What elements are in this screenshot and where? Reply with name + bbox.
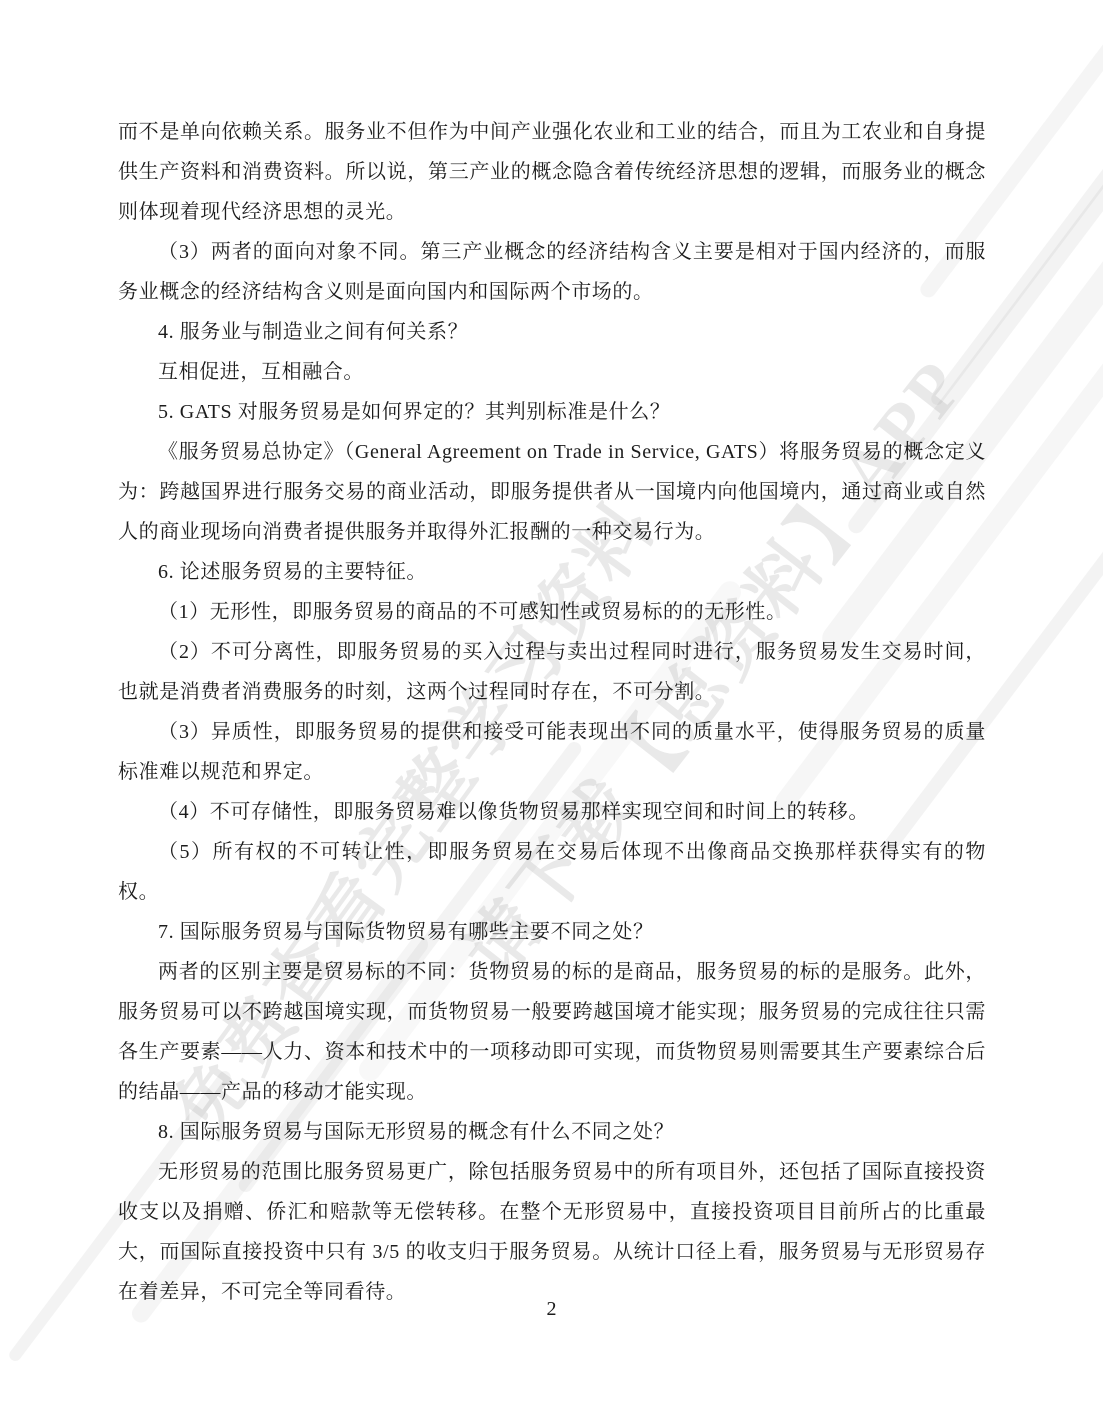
page-number: 2 (0, 1298, 1103, 1321)
paragraph-continued: 而不是单向依赖关系。服务业不但作为中间产业强化农业和工业的结合，而且为工农业和自… (118, 112, 986, 232)
paragraph-point3: （3）两者的面向对象不同。第三产业概念的经济结构含义主要是相对于国内经济的，而服… (118, 232, 986, 312)
answer-6-item2: （2）不可分离性，即服务贸易的买入过程与卖出过程同时进行，服务贸易发生交易时间，… (118, 632, 986, 712)
answer-8: 无形贸易的范围比服务贸易更广，除包括服务贸易中的所有项目外，还包括了国际直接投资… (118, 1152, 986, 1312)
question-6: 6. 论述服务贸易的主要特征。 (118, 552, 986, 592)
answer-4: 互相促进，互相融合。 (118, 352, 986, 392)
question-4: 4. 服务业与制造业之间有何关系？ (118, 312, 986, 352)
question-8: 8. 国际服务贸易与国际无形贸易的概念有什么不同之处？ (118, 1112, 986, 1152)
answer-6-item4: （4）不可存储性，即服务贸易难以像货物贸易那样实现空间和时间上的转移。 (118, 792, 986, 832)
answer-6-item5: （5）所有权的不可转让性，即服务贸易在交易后体现不出像商品交换那样获得实有的物权… (118, 832, 986, 912)
document-body: 而不是单向依赖关系。服务业不但作为中间产业强化农业和工业的结合，而且为工农业和自… (118, 112, 986, 1312)
answer-6-item3: （3）异质性，即服务贸易的提供和接受可能表现出不同的质量水平，使得服务贸易的质量… (118, 712, 986, 792)
answer-7: 两者的区别主要是贸易标的不同：货物贸易的标的是商品，服务贸易的标的是服务。此外，… (118, 952, 986, 1112)
question-7: 7. 国际服务贸易与国际货物贸易有哪些主要不同之处？ (118, 912, 986, 952)
answer-5: 《服务贸易总协定》（General Agreement on Trade in … (118, 432, 986, 552)
question-5: 5. GATS 对服务贸易是如何界定的？其判别标准是什么？ (118, 392, 986, 432)
answer-6-item1: （1）无形性，即服务贸易的商品的不可感知性或贸易标的的无形性。 (118, 592, 986, 632)
document-page: 免费查看完整学习资料 请下载【总资料】APP 而不是单向依赖关系。服务业不但作为… (0, 0, 1103, 1404)
